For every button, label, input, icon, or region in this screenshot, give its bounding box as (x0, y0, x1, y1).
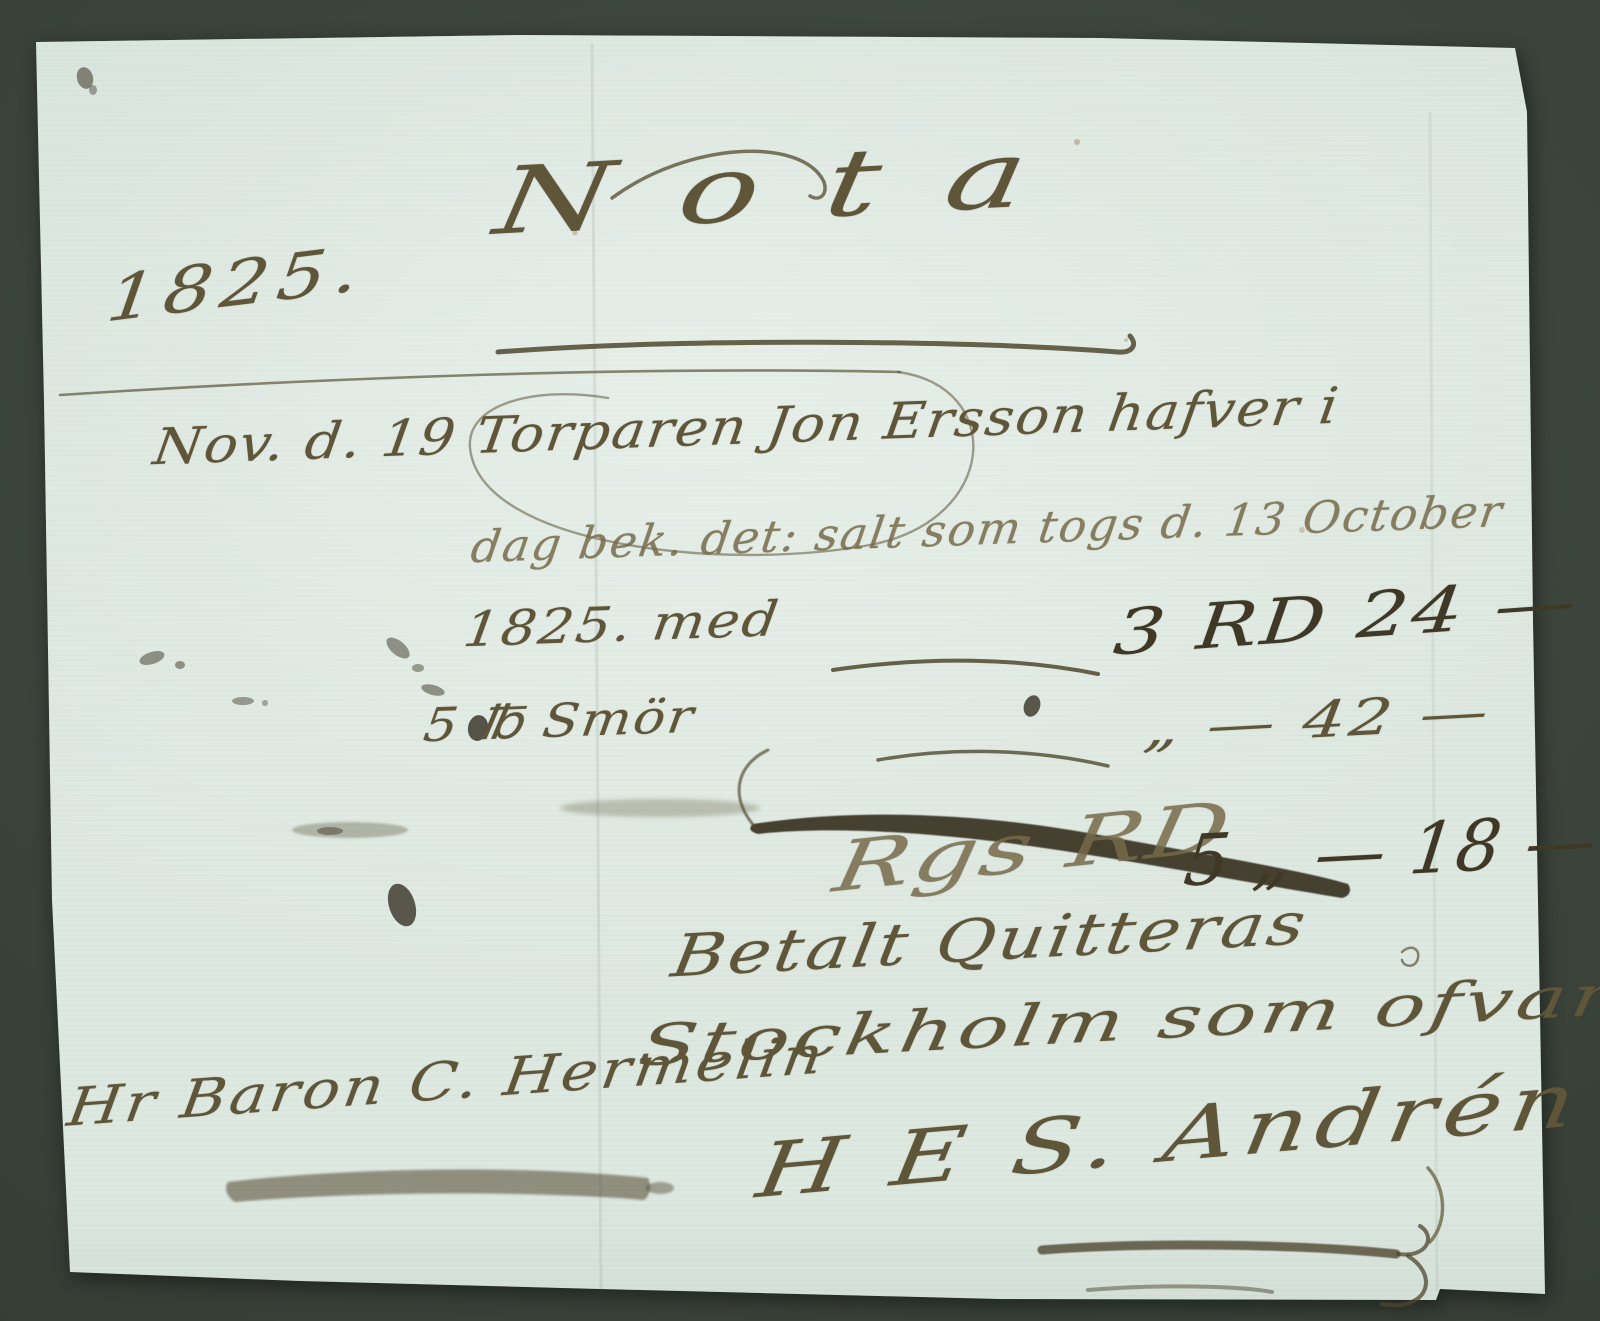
entry-item-1-label: 1825. med (460, 591, 784, 658)
document-photo: Nota 1825. Nov. d. 19 Torparen Jon Ersso… (0, 0, 1600, 1321)
entry-item-2-label: 5 ℔ Smör (420, 689, 698, 753)
